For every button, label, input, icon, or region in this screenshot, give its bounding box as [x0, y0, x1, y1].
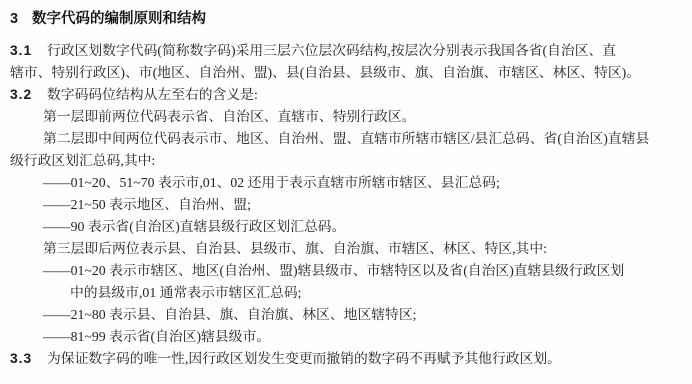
section-heading-title: 数字代码的编制原则和结构	[32, 11, 206, 27]
clause-3-1-number: 3.1	[10, 40, 47, 62]
clause-3-3-line: 3.3为保证数字码的唯一性,因行政区划发生变更而撤销的数字码不再赋予其他行政区划…	[0, 348, 692, 370]
clause-3-3-text: 为保证数字码的唯一性,因行政区划发生变更而撤销的数字码不再赋予其他行政区划。	[47, 351, 561, 366]
clause-3-1-line-2: 辖市、特别行政区)、市(地区、自治州、盟)、县(自治县、县级市、旗、自治旗、市辖…	[0, 62, 692, 84]
layer-1-paragraph: 第一层即前两位代码表示省、自治区、直辖市、特别行政区。	[0, 106, 692, 128]
layer-3-dash-item-1-line-2: 中的县级市,01 通常表示市辖区汇总码;	[0, 282, 692, 304]
layer-3-dash-item-2: ——21~80 表示县、自治县、旗、自治旗、林区、地区辖特区;	[0, 304, 692, 326]
section-heading-number: 3	[10, 8, 32, 30]
clause-3-2-number: 3.2	[10, 84, 47, 106]
section-heading: 3数字代码的编制原则和结构	[0, 8, 692, 30]
layer-3-paragraph: 第三层即后两位表示县、自治县、县级市、旗、自治旗、市辖区、林区、特区,其中:	[0, 238, 692, 260]
layer-2-paragraph-line-2: 级行政区划汇总码,其中:	[0, 150, 692, 172]
layer-3-dash-item-3: ——81~99 表示省(自治区)辖县级市。	[0, 326, 692, 348]
clause-3-1-text: 行政区划数字代码(简称数字码)采用三层六位层次码结构,按层次分别表示我国各省(自…	[47, 43, 616, 58]
layer-2-dash-item-1: ——01~20、51~70 表示市,01、02 还用于表示直辖市所辖市辖区、县汇…	[0, 172, 692, 194]
clause-3-3-number: 3.3	[10, 348, 47, 370]
layer-2-dash-item-2: ——21~50 表示地区、自治州、盟;	[0, 194, 692, 216]
clause-3-2-intro: 数字码码位结构从左至右的含义是:	[47, 87, 258, 102]
clause-3-1-line-1: 3.1行政区划数字代码(简称数字码)采用三层六位层次码结构,按层次分别表示我国各…	[0, 40, 692, 62]
clause-3-2-intro-line: 3.2数字码码位结构从左至右的含义是:	[0, 84, 692, 106]
layer-3-dash-item-1-line-1: ——01~20 表示市辖区、地区(自治州、盟)辖县级市、市辖特区以及省(自治区)…	[0, 260, 692, 282]
document-page: 3数字代码的编制原则和结构 3.1行政区划数字代码(简称数字码)采用三层六位层次…	[0, 0, 692, 384]
layer-2-paragraph-line-1: 第二层即中间两位代码表示市、地区、自治州、盟、直辖市所辖市辖区/县汇总码、省(自…	[0, 128, 692, 150]
layer-2-dash-item-3: ——90 表示省(自治区)直辖县级行政区划汇总码。	[0, 216, 692, 238]
